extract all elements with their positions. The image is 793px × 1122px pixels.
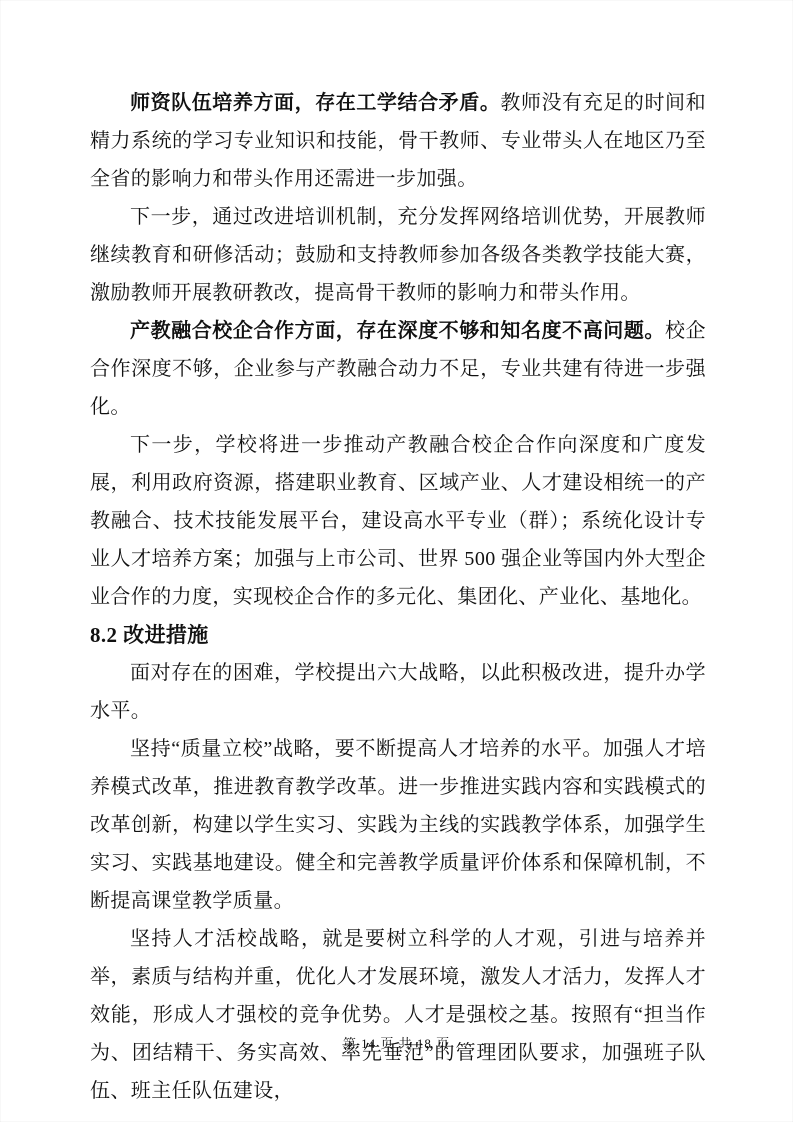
document-body: 师资队伍培养方面，存在工学结合矛盾。教师没有充足的时间和精力系统的学习专业知识和… [90,84,706,1110]
paragraph-quality-strategy: 坚持“质量立校”战略，要不断提高人才培养的水平。加强人才培养模式改革，推进教育教… [90,730,706,920]
paragraph-talent-strategy: 坚持人才活校战略，就是要树立科学的人才观，引进与培养并举，素质与结构并重，优化人… [90,920,706,1110]
paragraph-text: 下一步，通过改进培训机制，充分发挥网络培训优势，开展教师继续教育和研修活动；鼓励… [90,206,706,304]
paragraph-bold-lead: 产教融合校企合作方面，存在深度不够和知名度不高问题。 [130,320,665,342]
paragraph-school-enterprise-next-step: 下一步，学校将进一步推动产教融合校企合作向深度和广度发展，利用政府资源，搭建职业… [90,426,706,616]
document-page: 师资队伍培养方面，存在工学结合矛盾。教师没有充足的时间和精力系统的学习专业知识和… [0,0,793,1122]
paragraph-text: 坚持人才活校战略，就是要树立科学的人才观，引进与培养并举，素质与结构并重，优化人… [90,928,706,1102]
section-heading-8-2: 8.2 改进措施 [90,616,706,654]
paragraph-text: 坚持“质量立校”战略，要不断提高人才培养的水平。加强人才培养模式改革，推进教育教… [90,738,706,912]
paragraph-teacher-team-next-step: 下一步，通过改进培训机制，充分发挥网络培训优势，开展教师继续教育和研修活动；鼓励… [90,198,706,312]
paragraph-bold-lead: 师资队伍培养方面，存在工学结合矛盾。 [130,92,500,114]
page-number: 第 14 页 共 18 页 [0,1034,793,1054]
paragraph-six-strategies: 面对存在的困难，学校提出六大战略，以此积极改进，提升办学水平。 [90,654,706,730]
paragraph-text: 面对存在的困难，学校提出六大战略，以此积极改进，提升办学水平。 [90,662,706,722]
paragraph-school-enterprise-issue: 产教融合校企合作方面，存在深度不够和知名度不高问题。校企合作深度不够，企业参与产… [90,312,706,426]
paragraph-text: 下一步，学校将进一步推动产教融合校企合作向深度和广度发展，利用政府资源，搭建职业… [90,434,706,608]
paragraph-teacher-team-issue: 师资队伍培养方面，存在工学结合矛盾。教师没有充足的时间和精力系统的学习专业知识和… [90,84,706,198]
